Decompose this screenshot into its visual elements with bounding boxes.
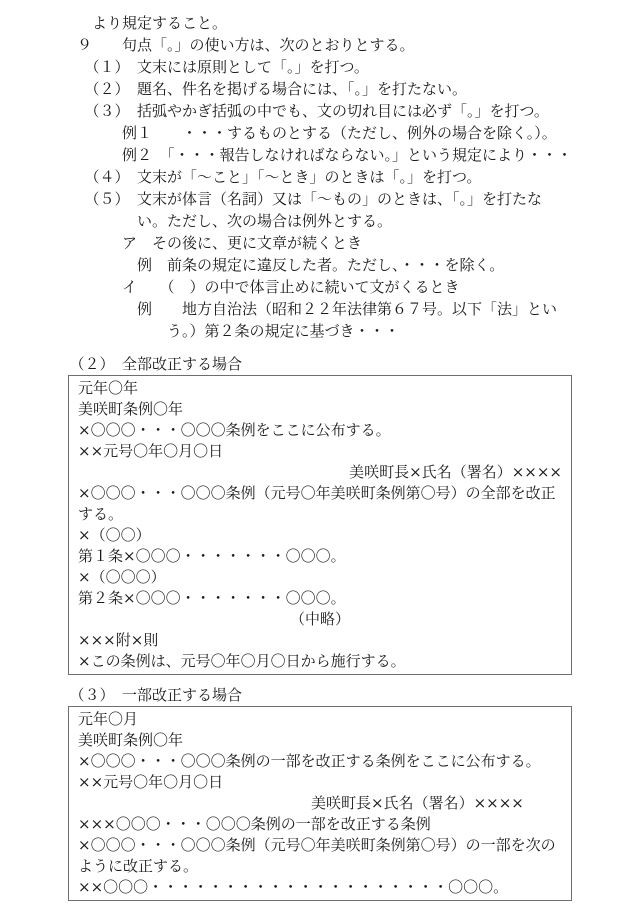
intro-line-12: イ （ ）の中で体言止めに続いて文がくるとき [62,276,626,298]
intro-line-13: 例 地方自治法（昭和２２年法律第６７号。以下「法」とい [62,298,626,320]
box-line: ×（〇〇〇） [78,567,562,588]
box-line: する。 [78,504,562,525]
box-line: 美咲町条例〇年 [78,399,562,420]
document-page: より規定すること。 ９ 句点「。」の使い方は、次のとおりとする。 （１） 文末に… [0,0,630,915]
box-line: 第１条×〇〇〇・・・・・・・〇〇〇。 [78,546,562,567]
intro-line-5: 例１ ・・・するものとする（ただし、例外の場合を除く。）。 [62,122,626,144]
mayor-signature: 美咲町長×氏名（署名）×××× [78,462,562,483]
box-line: ××元号〇年〇月〇日 [78,441,562,462]
box-line: 元年〇年 [78,378,562,399]
intro-line-10: ア その後に、更に文章が続くとき [62,232,626,254]
box-line: ×〇〇〇・・・〇〇〇条例をここに公布する。 [78,420,562,441]
intro-line-11: 例 前条の規定に違反した者。ただし、・・・を除く。 [62,254,626,276]
intro-line-4: （３） 括弧やかぎ括弧の中でも、文の切れ目には必ず「。」を打つ。 [62,100,626,122]
intro-line-3: （２） 題名、件名を掲げる場合には、「。」を打たない。 [62,78,626,100]
box-line: ×この条例は、元号〇年〇月〇日から施行する。 [78,651,562,672]
intro-line-2: （１） 文末には原則として「。」を打つ。 [62,56,626,78]
intro-line-6: 例２ 「・・・報告しなければならない。」という規定により・・・ [62,144,626,166]
intro-line-9: い。ただし、次の場合は例外とする。 [62,210,626,232]
full-revision-heading: （２） 全部改正する場合 [62,353,630,375]
intro-line-8: （５） 文末が体言（名詞）又は「～もの」のときは、「。」を打たな [62,188,626,210]
box-line: ×〇〇〇・・・〇〇〇条例（元号〇年美咲町条例第〇号）の一部を次の [78,835,562,856]
partial-revision-heading: （３） 一部改正する場合 [62,684,630,706]
box-line: ×（〇〇） [78,525,562,546]
box-line: ×〇〇〇・・・〇〇〇条例の一部を改正する条例をここに公布する。 [78,751,562,772]
box-line: ×〇〇〇・・・〇〇〇条例（元号〇年美咲町条例第〇号）の全部を改正 [78,483,562,504]
partial-revision-example-box: 元年〇月 美咲町条例〇年 ×〇〇〇・・・〇〇〇条例の一部を改正する条例をここに公… [68,706,572,901]
mayor-signature: 美咲町長×氏名（署名）×××× [78,793,562,814]
box-line: ××元号〇年〇月〇日 [78,772,562,793]
box-line: 元年〇月 [78,709,562,730]
full-revision-example-box: 元年〇年 美咲町条例〇年 ×〇〇〇・・・〇〇〇条例をここに公布する。 ××元号〇… [68,375,572,675]
box-line: ×××附×則 [78,630,562,651]
box-line: ×××〇〇〇・・・〇〇〇条例の一部を改正する条例 [78,814,562,835]
box-line: 美咲町条例〇年 [78,730,562,751]
intro-line-0: より規定すること。 [62,12,626,34]
box-line: ように改正する。 [78,856,562,877]
omission-mark: （中略） [78,609,562,630]
box-line: ××〇〇〇・・・・・・・・・・・・・・・・・・・・〇〇〇。 [78,877,562,898]
intro-line-7: （４） 文末が「～こと」「～とき」のときは「。」を打つ。 [62,166,626,188]
box-line: 第２条×〇〇〇・・・・・・・〇〇〇。 [78,588,562,609]
intro-line-14: う。）第２条の規定に基づき・・・ [62,320,626,342]
punctuation-rules-section: より規定すること。 ９ 句点「。」の使い方は、次のとおりとする。 （１） 文末に… [0,0,630,342]
intro-line-1: ９ 句点「。」の使い方は、次のとおりとする。 [62,34,626,56]
